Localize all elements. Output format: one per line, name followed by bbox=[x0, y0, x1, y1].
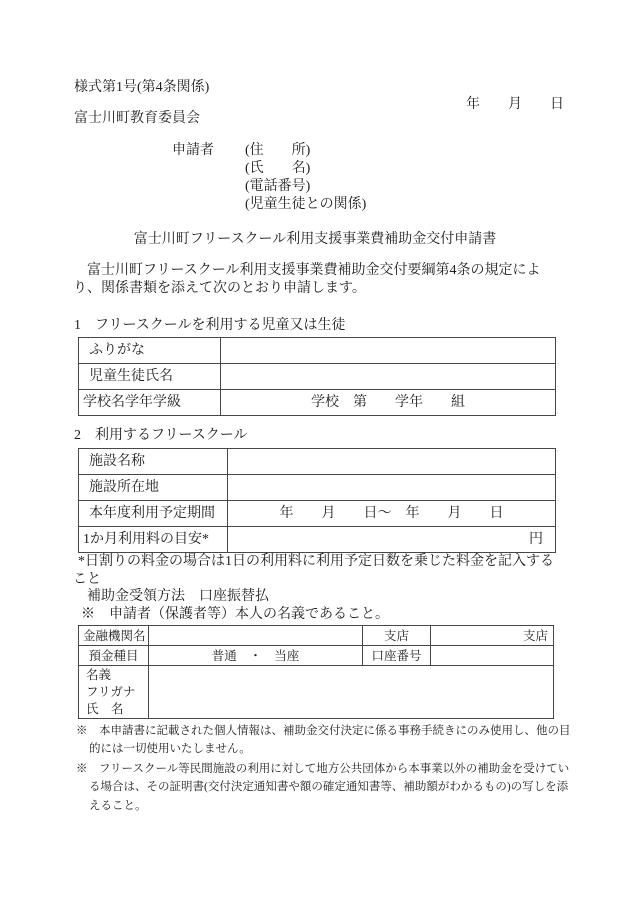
account-type-options: 普通 ・ 当座 bbox=[149, 646, 363, 666]
student-table: ふりがな 児童生徒氏名 学校名学年学級 学校 第 学年 組 bbox=[78, 337, 556, 416]
applicant-field-address: (住 所) bbox=[245, 142, 366, 160]
table-row: ふりがな bbox=[79, 338, 556, 364]
student-furigana-label: ふりがな bbox=[79, 338, 221, 364]
table-row: 施設所在地 bbox=[79, 475, 556, 501]
table-row: 名義 フリガナ 氏 名 bbox=[79, 666, 554, 719]
student-furigana-value bbox=[221, 338, 556, 364]
facility-table: 施設名称 施設所在地 本年度利用予定期間 年 月 日～ 年 月 日 1か月利用料… bbox=[78, 448, 556, 553]
account-holder-label-line1: 名義 bbox=[86, 667, 144, 684]
account-number-value bbox=[431, 646, 554, 666]
facility-period-label: 本年度利用予定期間 bbox=[79, 501, 228, 527]
facility-period-value: 年 月 日～ 年 月 日 bbox=[228, 501, 556, 527]
facility-fee-label: 1か月利用料の目安* bbox=[79, 527, 228, 553]
student-name-value bbox=[221, 364, 556, 390]
facility-address-label: 施設所在地 bbox=[79, 475, 228, 501]
table-row: 金融機関名 支店 支店 bbox=[79, 626, 554, 646]
applicant-block: 申請者 (住 所) (氏 名) (電話番号) (児童生徒との関係) bbox=[172, 142, 366, 214]
account-holder-label-line2: フリガナ bbox=[86, 684, 144, 701]
account-number-label: 口座番号 bbox=[363, 646, 431, 666]
student-name-label: 児童生徒氏名 bbox=[79, 364, 221, 390]
applicant-field-relation: (児童生徒との関係) bbox=[245, 196, 366, 214]
section2-heading: 2 利用するフリースクール bbox=[74, 427, 247, 445]
payment-name-note: ※ 申請者（保護者等）本人の名義であること。 bbox=[81, 606, 389, 624]
student-school-value: 学校 第 学年 組 bbox=[221, 390, 556, 416]
facility-name-label: 施設名称 bbox=[79, 449, 228, 475]
student-school-label: 学校名学年学級 bbox=[79, 390, 221, 416]
account-holder-value bbox=[149, 666, 554, 719]
application-form-page: 様式第1号(第4条関係) 年 月 日 富士川町教育委員会 申請者 (住 所) (… bbox=[0, 0, 630, 903]
bank-institution-label: 金融機関名 bbox=[79, 626, 149, 646]
applicant-field-phone: (電話番号) bbox=[245, 178, 366, 196]
facility-fee-value: 円 bbox=[228, 527, 556, 553]
bank-institution-value bbox=[149, 626, 363, 646]
privacy-footnote: ※ 本申請書に記載された個人情報は、補助金交付決定に係る事務手続きにのみ使用し、… bbox=[76, 722, 571, 759]
applicant-label: 申請者 bbox=[172, 142, 214, 160]
account-holder-label: 名義 フリガナ 氏 名 bbox=[79, 666, 149, 719]
section1-heading: 1 フリースクールを利用する児童又は生徒 bbox=[74, 317, 345, 335]
facility-address-value bbox=[228, 475, 556, 501]
bank-branch-suffix: 支店 bbox=[431, 626, 554, 646]
bank-account-table: 金融機関名 支店 支店 預金種目 普通 ・ 当座 口座番号 名義 フリガナ 氏 … bbox=[78, 625, 554, 719]
intro-paragraph: 富士川町フリースクール利用支援事業費補助金交付要綱第4条の規定により、関係書類を… bbox=[73, 262, 560, 298]
bank-branch-label: 支店 bbox=[363, 626, 431, 646]
document-title: 富士川町フリースクール利用支援事業費補助金交付申請書 bbox=[0, 231, 630, 249]
facility-name-value bbox=[228, 449, 556, 475]
table-row: 施設名称 bbox=[79, 449, 556, 475]
table-row: 1か月利用料の目安* 円 bbox=[79, 527, 556, 553]
addressee-line: 富士川町教育委員会 bbox=[74, 110, 200, 128]
account-type-label: 預金種目 bbox=[79, 646, 149, 666]
date-line: 年 月 日 bbox=[466, 96, 564, 114]
table-row: 本年度利用予定期間 年 月 日～ 年 月 日 bbox=[79, 501, 556, 527]
other-subsidy-footnote: ※ フリースクール等民間施設の利用に対して地方公共団体から本事業以外の補助金を受… bbox=[76, 760, 571, 815]
applicant-fields: (住 所) (氏 名) (電話番号) (児童生徒との関係) bbox=[245, 142, 366, 214]
table-row: 預金種目 普通 ・ 当座 口座番号 bbox=[79, 646, 554, 666]
applicant-field-name: (氏 名) bbox=[245, 160, 366, 178]
account-holder-label-line3: 氏 名 bbox=[86, 701, 144, 718]
form-number-line: 様式第1号(第4条関係) bbox=[74, 79, 209, 97]
table-row: 児童生徒氏名 bbox=[79, 364, 556, 390]
table-row: 学校名学年学級 学校 第 学年 組 bbox=[79, 390, 556, 416]
payment-method-line: 補助金受領方法 口座振替払 bbox=[87, 588, 269, 606]
fee-calculation-note: *日割りの料金の場合は1日の利用料に利用予定日数を乗じた料金を記入すること bbox=[73, 553, 560, 589]
